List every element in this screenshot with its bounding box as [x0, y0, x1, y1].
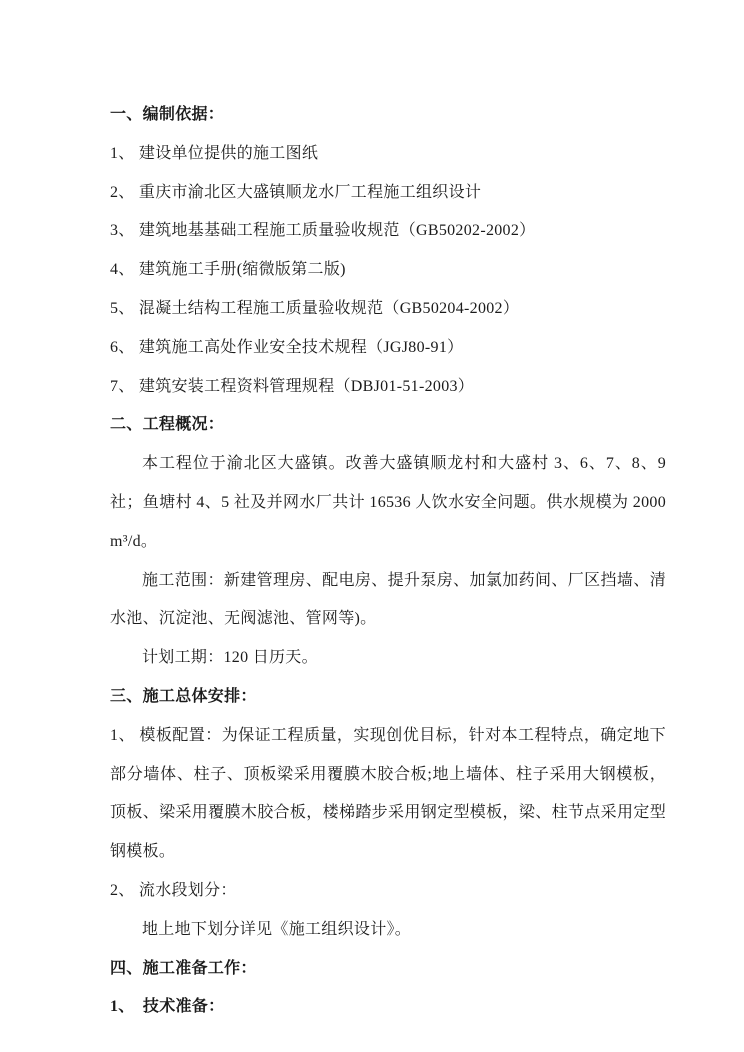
list-item: 4、 建筑施工手册(缩微版第二版): [110, 251, 666, 290]
list-item: 1、 模板配置：为保证工程质量，实现创优目标，针对本工程特点，确定地下部分墙体、…: [110, 717, 666, 872]
list-item: 2、 流水段划分：: [110, 872, 666, 911]
document-page: 一、编制依据：1、 建设单位提供的施工图纸2、 重庆市渝北区大盛镇顺龙水厂工程施…: [0, 0, 744, 1052]
section-heading: 四、施工准备工作：: [110, 950, 666, 989]
paragraph: 计划工期：120 日历天。: [110, 639, 666, 678]
section-heading: 一、编制依据：: [110, 96, 666, 135]
list-item: 1、 建设单位提供的施工图纸: [110, 135, 666, 174]
list-item: 6、 建筑施工高处作业安全技术规程（JGJ80-91）: [110, 329, 666, 368]
section-heading: 三、施工总体安排：: [110, 678, 666, 717]
list-item: 5、 混凝土结构工程施工质量验收规范（GB50204-2002）: [110, 290, 666, 329]
list-item: 3、 建筑地基基础工程施工质量验收规范（GB50202-2002）: [110, 212, 666, 251]
list-item: 2、 重庆市渝北区大盛镇顺龙水厂工程施工组织设计: [110, 174, 666, 213]
paragraph: 地上地下划分详见《施工组织设计》。: [110, 911, 666, 950]
section-heading: 二、工程概况：: [110, 406, 666, 445]
document-body: 一、编制依据：1、 建设单位提供的施工图纸2、 重庆市渝北区大盛镇顺龙水厂工程施…: [110, 96, 666, 1027]
list-item: 7、 建筑安装工程资料管理规程（DBJ01-51-2003）: [110, 368, 666, 407]
paragraph: 本工程位于渝北区大盛镇。改善大盛镇顺龙村和大盛村 3、6、7、8、9 社；鱼塘村…: [110, 445, 666, 561]
paragraph: 施工范围：新建管理房、配电房、提升泵房、加氯加药间、厂区挡墙、清水池、沉淀池、无…: [110, 562, 666, 640]
list-item-bold: 1、 技术准备：: [110, 988, 666, 1027]
